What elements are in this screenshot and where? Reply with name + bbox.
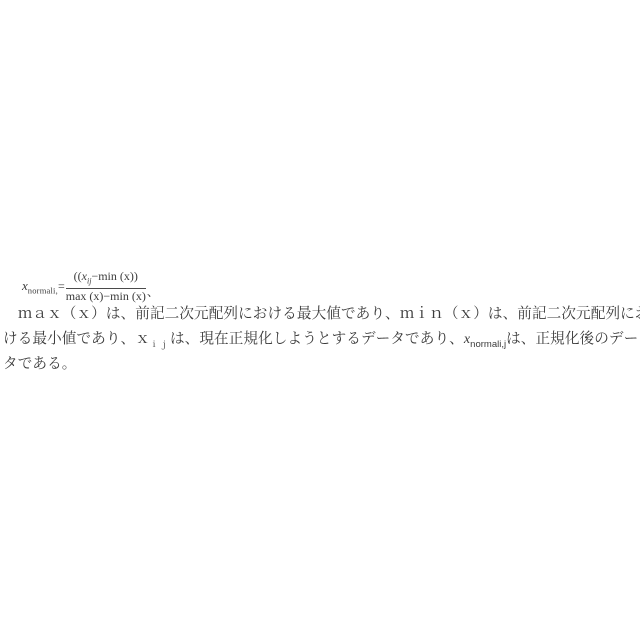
document-page: { "page": { "background": "#ffffff", "te… xyxy=(0,0,640,640)
numerator-min-term: −min (x)) xyxy=(91,269,137,283)
numerator-open-parens: (( xyxy=(74,269,82,283)
equals-sign: = xyxy=(58,279,65,294)
description-paragraph: ｍａｘ（ｘ）は、前記二次元配列における最大値であり、ｍｉｎ（ｘ）は、前記二次元配… xyxy=(3,302,640,376)
line2-text-start: ける最小値であり、ｘ xyxy=(3,331,150,347)
formula-trailing-comma: 、 xyxy=(147,283,159,300)
fraction: ((xij−min (x)) max (x)−min (x) xyxy=(66,270,146,303)
paragraph-line-3: タである。 xyxy=(3,352,640,377)
fraction-numerator: ((xij−min (x)) xyxy=(66,270,146,289)
paragraph-line-1: ｍａｘ（ｘ）は、前記二次元配列における最大値であり、ｍｉｎ（ｘ）は、前記二次元配… xyxy=(3,302,640,327)
normalization-formula: xnormali, = ((xij−min (x)) max (x)−min (… xyxy=(22,270,159,303)
formula-lhs: xnormali, xyxy=(22,278,58,296)
line2-x-subscript: ｉｊ xyxy=(150,340,170,349)
line2-text-end: は、正規化後のデー xyxy=(506,331,638,347)
line2-text-middle: は、現在正規化しようとするデータであり、 xyxy=(170,331,464,347)
line2-normalized-variable-subscript: normali,j xyxy=(470,339,506,350)
formula-lhs-subscript: normali, xyxy=(28,285,58,295)
paragraph-line-2: ける最小値であり、ｘｉｊは、現在正規化しようとするデータであり、xnormali… xyxy=(3,327,640,352)
